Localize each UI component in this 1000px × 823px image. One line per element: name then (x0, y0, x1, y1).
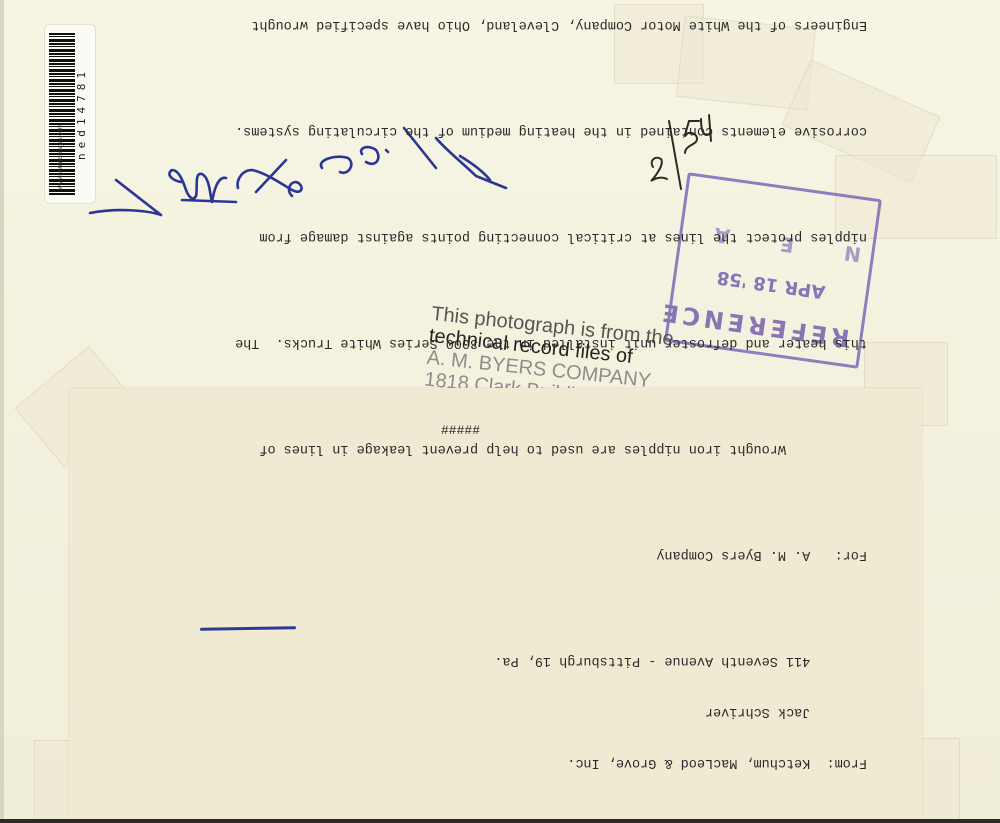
body-line: corrosive elements contained in the heat… (235, 122, 867, 139)
spacer (235, 491, 867, 512)
bottom-edge (0, 819, 1000, 823)
from-line: From: Ketchum, MacLeod & Grove, Inc. (235, 754, 867, 771)
spacer (235, 173, 867, 194)
spacer (235, 279, 867, 300)
body-line: this heater and defroster unit installed… (235, 334, 867, 351)
body-line: nipples protect the lines at critical co… (235, 228, 867, 245)
separator: ##### (441, 423, 480, 438)
barcode-website: www.historicimages.com (58, 20, 68, 190)
left-edge-shadow (0, 0, 4, 823)
body-line: Engineers of the White Motor Company, Cl… (235, 16, 867, 33)
from-address-line: 411 Seventh Avenue - Pittsburgh 19, Pa. (235, 652, 867, 669)
spacer (235, 597, 867, 618)
spacer (235, 67, 867, 88)
for-line: For: A. M. Byers Company (235, 546, 867, 563)
from-contact-line: Jack Schriver (235, 703, 867, 720)
spacer (235, 385, 867, 406)
press-release-text: From: Ketchum, MacLeod & Grove, Inc. Jac… (235, 0, 867, 805)
body-line: Wrought iron nipples are used to help pr… (235, 440, 867, 457)
press-release-sheet: From: Ketchum, MacLeod & Grove, Inc. Jac… (69, 388, 922, 823)
